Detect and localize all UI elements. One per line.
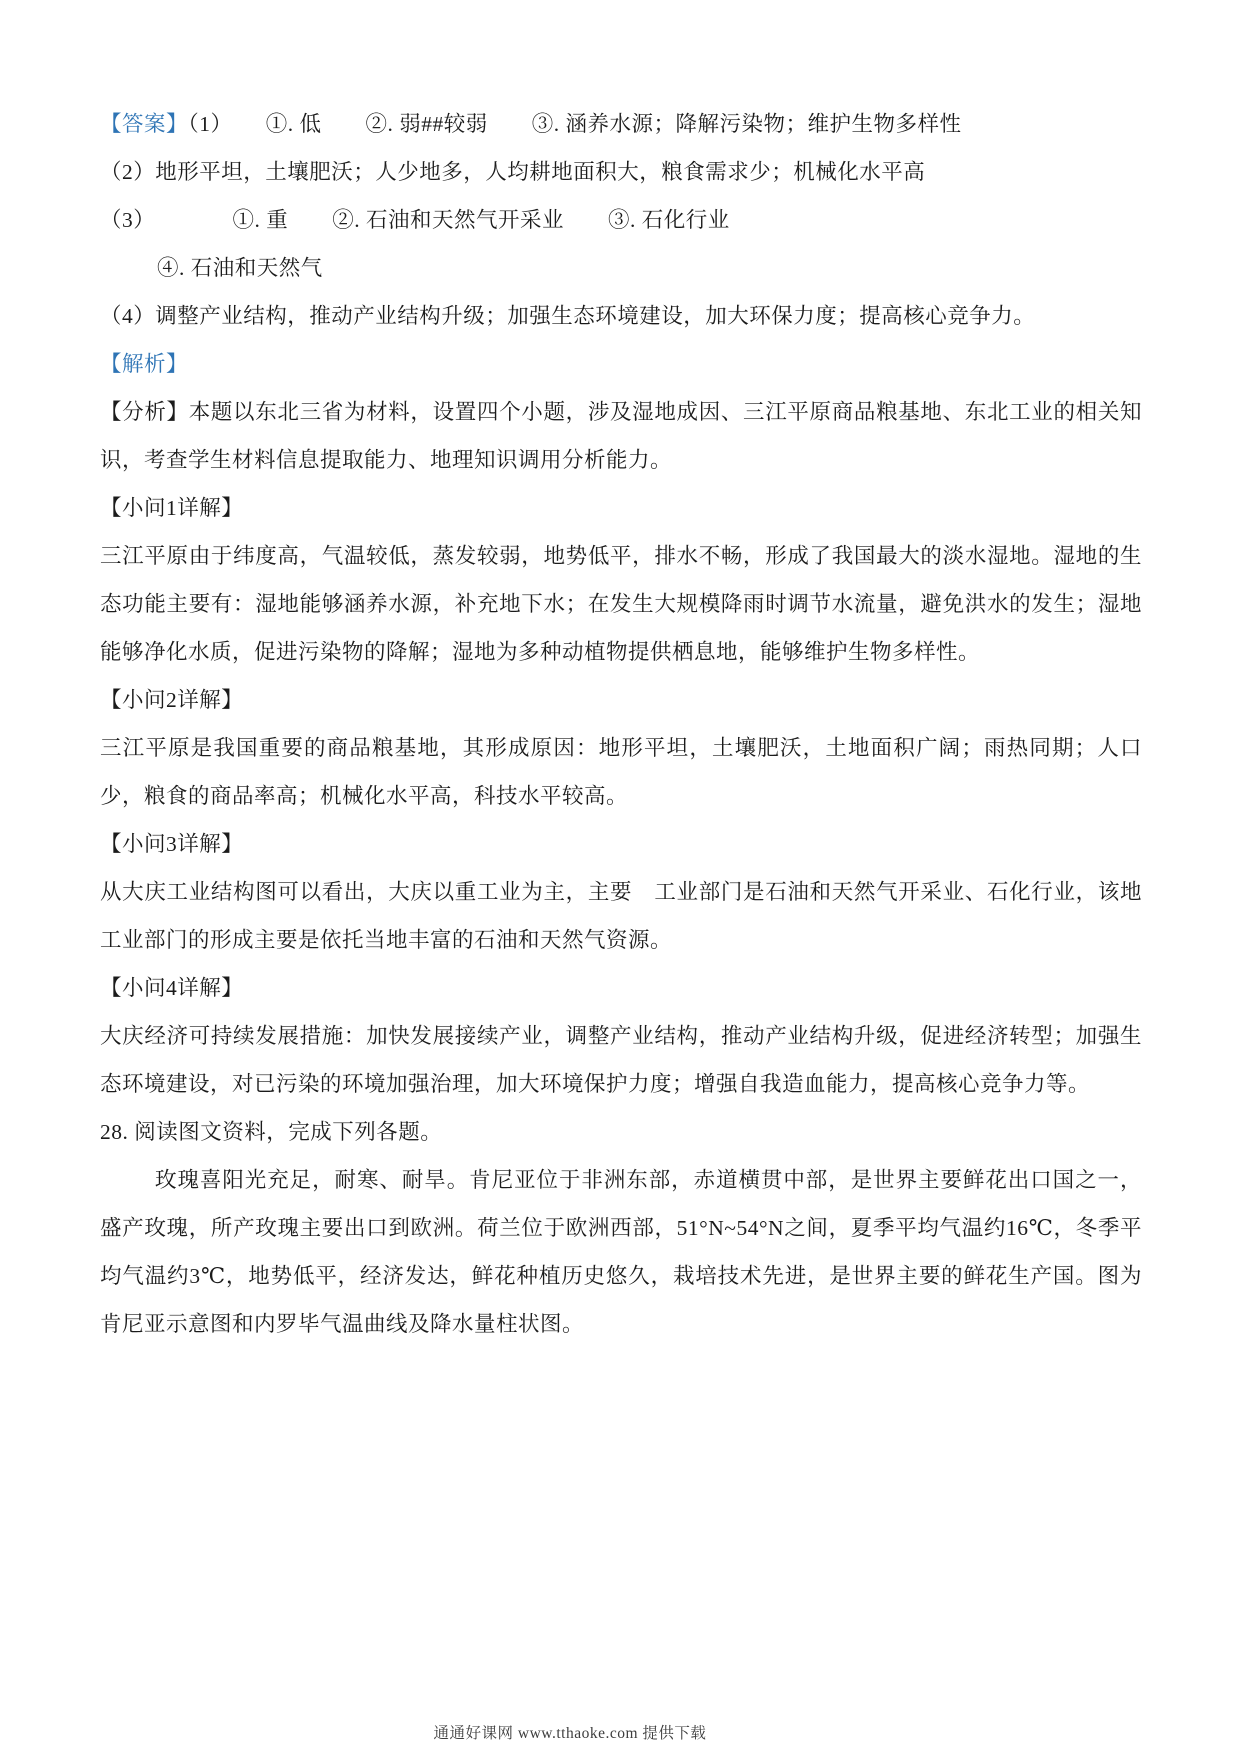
subquestion-4-text: 大庆经济可持续发展措施：加快发展接续产业，调整产业结构，推动产业结构升级，促进经… xyxy=(100,1024,1142,1096)
subquestion-2-label: 【小问2详解】 xyxy=(100,676,1142,724)
analysis-label: 【解析】 xyxy=(100,352,188,376)
subquestion-4-explanation: 大庆经济可持续发展措施：加快发展接续产业，调整产业结构，推动产业结构升级，促进经… xyxy=(100,1012,1142,1108)
answer-line-2: （2）地形平坦，土壤肥沃；人少地多，人均耕地面积大，粮食需求少；机械化水平高 xyxy=(100,148,1142,196)
document-page: 【答案】（1） ①. 低 ②. 弱##较弱 ③. 涵养水源；降解污染物；维护生物… xyxy=(100,100,1142,1348)
subquestion-1-label-text: 【小问1详解】 xyxy=(100,496,243,520)
answer-line-3: （3） ①. 重 ②. 石油和天然气开采业 ③. 石化行业 xyxy=(100,196,1142,244)
subquestion-3-label: 【小问3详解】 xyxy=(100,820,1142,868)
subquestion-1-explanation: 三江平原由于纬度高，气温较低，蒸发较弱，地势低平，排水不畅，形成了我国最大的淡水… xyxy=(100,532,1142,676)
question-28-material: 玫瑰喜阳光充足，耐寒、耐旱。肯尼亚位于非洲东部，赤道横贯中部，是世界主要鲜花出口… xyxy=(100,1156,1142,1348)
answer-line-2-text: （2）地形平坦，土壤肥沃；人少地多，人均耕地面积大，粮食需求少；机械化水平高 xyxy=(100,160,925,184)
question-28-intro: 28. 阅读图文资料，完成下列各题。 xyxy=(100,1108,1142,1156)
answer-line-1-text: （1） ①. 低 ②. 弱##较弱 ③. 涵养水源；降解污染物；维护生物多样性 xyxy=(188,112,962,136)
subquestion-3-label-text: 【小问3详解】 xyxy=(100,832,243,856)
analysis-header: 【解析】 xyxy=(100,340,1142,388)
subquestion-3-text: 从大庆工业结构图可以看出，大庆以重工业为主，主要 工业部门是石油和天然气开采业、… xyxy=(100,880,1142,952)
answer-line-5-text: （4）调整产业结构，推动产业结构升级；加强生态环境建设，加大环保力度；提高核心竞… xyxy=(100,304,1035,328)
analysis-overview-text: 【分析】本题以东北三省为材料，设置四个小题，涉及湿地成因、三江平原商品粮基地、东… xyxy=(100,400,1142,472)
subquestion-4-label: 【小问4详解】 xyxy=(100,964,1142,1012)
subquestion-1-label: 【小问1详解】 xyxy=(100,484,1142,532)
subquestion-2-text: 三江平原是我国重要的商品粮基地，其形成原因：地形平坦，土壤肥沃，土地面积广阔；雨… xyxy=(100,736,1142,808)
answer-line-4-text: ④. 石油和天然气 xyxy=(157,256,323,280)
analysis-overview: 【分析】本题以东北三省为材料，设置四个小题，涉及湿地成因、三江平原商品粮基地、东… xyxy=(100,388,1142,484)
question-28-intro-text: 28. 阅读图文资料，完成下列各题。 xyxy=(100,1120,442,1144)
page-footer: 通通好课网 www.tthaoke.com 提供下载 xyxy=(0,1722,1140,1746)
answer-line-5: （4）调整产业结构，推动产业结构升级；加强生态环境建设，加大环保力度；提高核心竞… xyxy=(100,292,1142,340)
subquestion-4-label-text: 【小问4详解】 xyxy=(100,976,243,1000)
subquestion-2-explanation: 三江平原是我国重要的商品粮基地，其形成原因：地形平坦，土壤肥沃，土地面积广阔；雨… xyxy=(100,724,1142,820)
answer-label: 【答案】 xyxy=(100,112,188,136)
question-28-material-text: 玫瑰喜阳光充足，耐寒、耐旱。肯尼亚位于非洲东部，赤道横贯中部，是世界主要鲜花出口… xyxy=(100,1168,1142,1336)
answer-line-1: 【答案】（1） ①. 低 ②. 弱##较弱 ③. 涵养水源；降解污染物；维护生物… xyxy=(100,100,1142,148)
subquestion-3-explanation: 从大庆工业结构图可以看出，大庆以重工业为主，主要 工业部门是石油和天然气开采业、… xyxy=(100,868,1142,964)
subquestion-1-text: 三江平原由于纬度高，气温较低，蒸发较弱，地势低平，排水不畅，形成了我国最大的淡水… xyxy=(100,544,1142,664)
page-footer-text: 通通好课网 www.tthaoke.com 提供下载 xyxy=(434,1725,707,1742)
answer-line-4: ④. 石油和天然气 xyxy=(100,244,1142,292)
answer-line-3-text: （3） ①. 重 ②. 石油和天然气开采业 ③. 石化行业 xyxy=(100,208,730,232)
subquestion-2-label-text: 【小问2详解】 xyxy=(100,688,243,712)
